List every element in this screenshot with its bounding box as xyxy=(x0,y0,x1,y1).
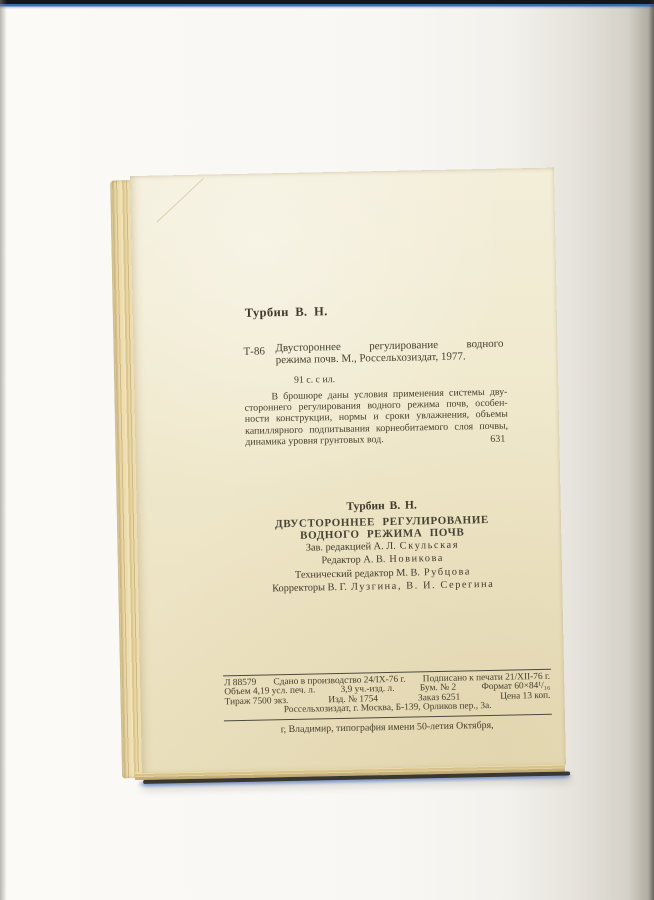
imprint-box: Л 88579 Сдано в производство 24/IX-76 г.… xyxy=(223,669,552,721)
staff-role: Технический редактор М. В. xyxy=(295,567,420,581)
paper-crease xyxy=(157,178,204,222)
staff-role: Редактор А. В. xyxy=(321,554,385,566)
print-run: Тираж 7500 экз. xyxy=(224,697,288,708)
staff-name: Лузгина, В. И. Серегина xyxy=(351,579,495,593)
catalog-author: Турбин В. Н. xyxy=(245,304,328,321)
catalog-index: Т-86 xyxy=(243,345,265,357)
catalog-entry: Двустороннее регулирование водного режим… xyxy=(275,339,503,367)
scanner-bed: Турбин В. Н. Т-86 Двустороннее регулиров… xyxy=(0,0,654,900)
scan-edge-top xyxy=(0,0,654,9)
price: Цена 13 коп. xyxy=(500,692,550,702)
title-block: Турбин В. Н. ДВУСТОРОННЕЕ РЕГУЛИРОВАНИЕ … xyxy=(232,497,534,597)
staff-role: Зав. редакцией А. Л. xyxy=(306,541,396,554)
scan-edge-right xyxy=(649,0,654,900)
staff-role: Корректоры В. Г. xyxy=(272,582,347,594)
scan-edge-left xyxy=(0,0,7,900)
collation-note: 91 с. с ил. xyxy=(294,374,335,386)
staff-name: Новикова xyxy=(389,553,444,565)
book-back-page: Турбин В. Н. Т-86 Двустороннее регулиров… xyxy=(110,168,566,781)
staff-name: Рубцова xyxy=(424,566,471,578)
staff-name: Скульская xyxy=(400,540,460,552)
